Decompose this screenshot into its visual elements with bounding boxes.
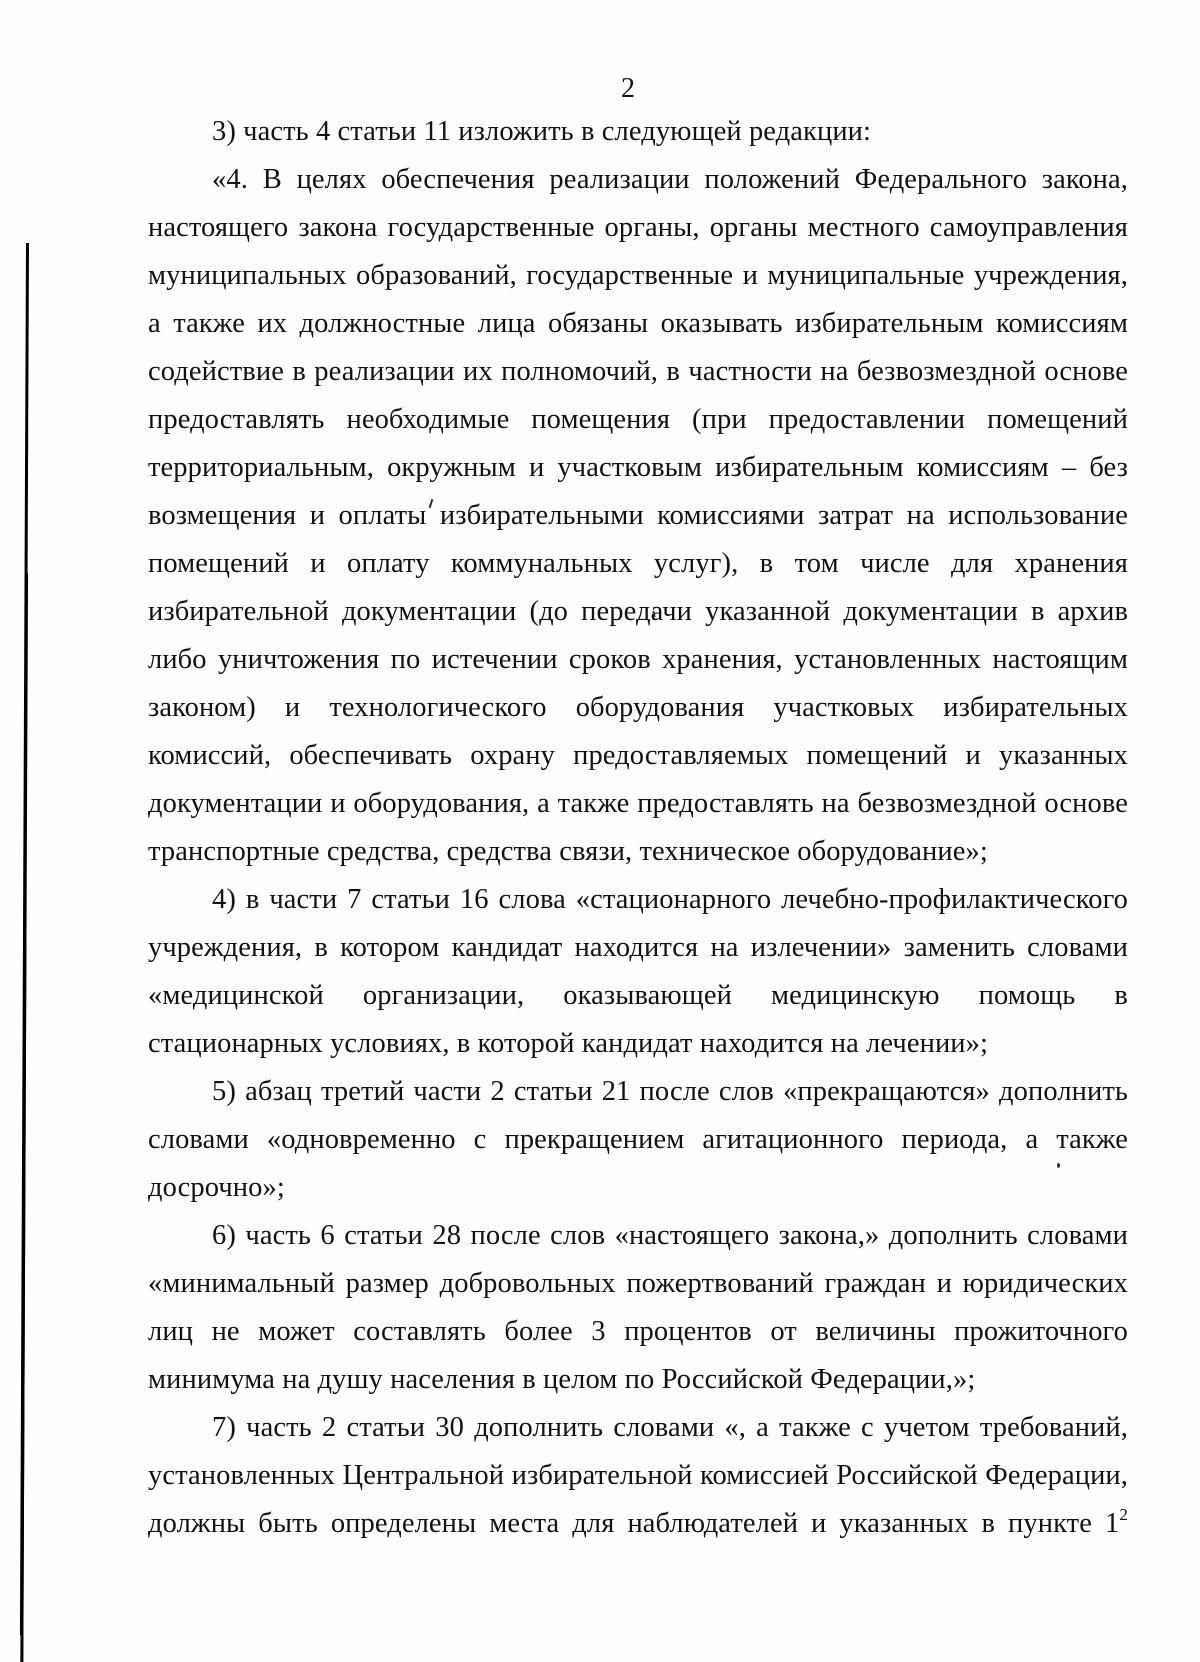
text-line: документации и оборудования, а также пре… — [148, 780, 1128, 828]
text-line: 4) в части 7 статьи 16 слова «стационарн… — [148, 876, 1128, 924]
text-line: досрочно»; — [148, 1164, 1128, 1212]
text-line: либо уничтожения по истечении сроков хра… — [148, 636, 1128, 684]
text-line: настоящего закона государственные органы… — [148, 204, 1128, 252]
document-page: 2 3) часть 4 статьи 11 изложить в следую… — [0, 0, 1200, 1662]
superscript: 2 — [1119, 1505, 1128, 1524]
text-line: а также их должностные лица обязаны оказ… — [148, 300, 1128, 348]
text-line: помещений и оплату коммунальных услуг), … — [148, 540, 1128, 588]
text-line: территориальным, окружным и участковым и… — [148, 444, 1128, 492]
text-line: 5) абзац третий части 2 статьи 21 после … — [148, 1068, 1128, 1116]
text-line: муниципальных образований, государственн… — [148, 252, 1128, 300]
text-line: законом) и технологического оборудования… — [148, 684, 1128, 732]
text-line: минимума на душу населения в целом по Ро… — [148, 1356, 1128, 1404]
text-line: учреждения, в котором кандидат находится… — [148, 924, 1128, 972]
text-line: «4. В целях обеспечения реализации полож… — [148, 156, 1128, 204]
text-line: установленных Центральной избирательной … — [148, 1452, 1128, 1500]
text-line: 6) часть 6 статьи 28 после слов «настоящ… — [148, 1212, 1128, 1260]
text-line: «минимальный размер добровольных пожертв… — [148, 1260, 1128, 1308]
text-line: стационарных условиях, в которой кандида… — [148, 1020, 1128, 1068]
text-line: лиц не может составлять более 3 проценто… — [148, 1308, 1128, 1356]
text-line: «медицинской организации, оказывающей ме… — [148, 972, 1128, 1020]
text-line: содействие в реализации их полномочий, в… — [148, 348, 1128, 396]
document-text: 3) часть 4 статьи 11 изложить в следующе… — [148, 108, 1128, 1548]
text-line: возмещения и оплаты избирательными комис… — [148, 492, 1128, 540]
scan-artifact-line — [20, 243, 29, 1635]
scan-speck-dot — [1057, 1163, 1060, 1168]
page-number: 2 — [612, 72, 644, 106]
text-line: словами «одновременно с прекращением аги… — [148, 1116, 1128, 1164]
text-line: комиссий, обеспечивать охрану предоставл… — [148, 732, 1128, 780]
text-line: должны быть определены места для наблюда… — [148, 1500, 1128, 1548]
text-line: 3) часть 4 статьи 11 изложить в следующе… — [148, 108, 1128, 156]
text-line: 7) часть 2 статьи 30 дополнить словами «… — [148, 1404, 1128, 1452]
text-line: транспортные средства, средства связи, т… — [148, 828, 1128, 876]
text-line: предоставлять необходимые помещения (при… — [148, 396, 1128, 444]
text-line: избирательной документации (до передачи … — [148, 588, 1128, 636]
